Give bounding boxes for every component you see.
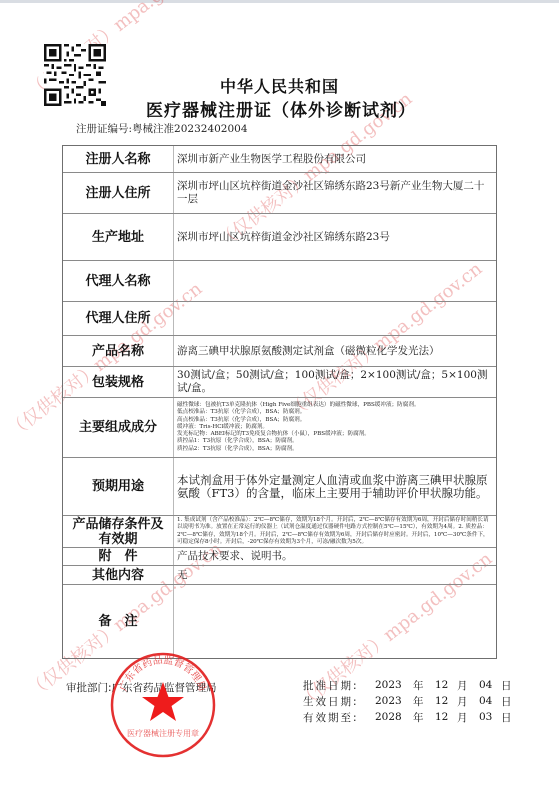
field-label: 包装规格 (63, 367, 174, 397)
field-value (174, 302, 496, 335)
table-row-storage-validity: 产品储存条件及 有效期 1. 集成试剂（含产品校准品）：2℃—8℃储存，效期为1… (63, 516, 496, 548)
date-day-unit: 日 (501, 678, 523, 693)
field-value: 1. 集成试剂（含产品校准品）：2℃—8℃储存，效期为18个月。开封后，2℃—8… (174, 516, 496, 547)
field-label: 主要组成成分 (63, 398, 174, 457)
component-line: 质控品1：T3抗原（化学合成），BSA；防腐剂。 (177, 438, 420, 445)
date-year-unit: 年 (413, 694, 435, 709)
table-row-product-name: 产品名称 游离三碘甲状腺原氨酸测定试剂盒（磁微粒化学发光法） (63, 336, 496, 367)
date-day: 04 (479, 695, 501, 707)
table-row-other-content: 其他内容 无 (63, 566, 496, 585)
field-value: 深圳市坪山区坑梓街道金沙社区锦绣东路23号 (174, 214, 496, 260)
date-day: 03 (479, 711, 501, 723)
table-row-production-address: 生产地址 深圳市坪山区坑梓街道金沙社区锦绣东路23号 (63, 214, 496, 261)
table-row-main-components: 主要组成成分 磁性微球：包被抗T3单克隆抗体（High Five细胞重组表达）的… (63, 398, 496, 458)
date-label: 批准日期: (303, 678, 375, 693)
date-year: 2028 (375, 711, 413, 723)
table-row-intended-use: 预期用途 本试剂盒用于体外定量测定人血清或血浆中游离三碘甲状腺原氨酸（FT3）的… (63, 458, 496, 516)
field-value: 无 (174, 566, 496, 584)
field-value: 深圳市坪山区坑梓街道金沙社区锦绣东路23号新产业生物大厦二十一层 (174, 173, 496, 213)
registration-number: 注册证编号:粤械注准20232402004 (76, 121, 248, 136)
field-label: 附 件 (63, 548, 174, 565)
field-value: 本试剂盒用于体外定量测定人血清或血浆中游离三碘甲状腺原氨酸（FT3）的含量，临床… (174, 458, 496, 515)
field-value (174, 585, 496, 658)
date-month: 12 (435, 695, 457, 707)
field-label: 备 注 (63, 585, 174, 658)
table-row-agent-address: 代理人住所 (63, 302, 496, 336)
field-value: 30测试/盒；50测试/盒；100测试/盒；2×100测试/盒；5×100测试/… (174, 367, 496, 397)
registration-number-label: 注册证编号: (76, 123, 132, 135)
date-day-unit: 日 (501, 710, 523, 725)
date-year-unit: 年 (413, 710, 435, 725)
seal-bottom-text: 医疗器械注册专用章 (127, 728, 199, 738)
field-value: 游离三碘甲状腺原氨酸测定试剂盒（磁微粒化学发光法） (174, 336, 496, 366)
effective-date: 生效日期: 2023 年 12 月 04 日 (303, 693, 523, 709)
field-value: 深圳市新产业生物医学工程股份有限公司 (174, 146, 496, 172)
expiry-date: 有效期至: 2028 年 12 月 03 日 (303, 709, 523, 725)
field-value: 产品技术要求、说明书。 (174, 548, 496, 565)
field-label: 注册人名称 (63, 146, 174, 172)
date-month-unit: 月 (457, 678, 479, 693)
approval-department: 审批部门:广东省药品监督管理局 (66, 680, 217, 695)
approval-date: 批准日期: 2023 年 12 月 04 日 (303, 677, 523, 693)
document-title: 医疗器械注册证（体外诊断试剂） (146, 96, 416, 121)
field-label: 代理人名称 (63, 261, 174, 301)
field-label: 生产地址 (63, 214, 174, 260)
date-year: 2023 (375, 679, 413, 691)
date-label: 有效期至: (303, 710, 375, 725)
date-label: 生效日期: (303, 694, 375, 709)
component-line: 质控品2：T3抗原（化学合成），BSA；防腐剂。 (177, 446, 420, 453)
table-row-registrant-address: 注册人住所 深圳市坪山区坑梓街道金沙社区锦绣东路23号新产业生物大厦二十一层 (63, 173, 496, 214)
field-label: 代理人住所 (63, 302, 174, 335)
date-month-unit: 月 (457, 694, 479, 709)
table-row-agent-name: 代理人名称 (63, 261, 496, 302)
date-month-unit: 月 (457, 710, 479, 725)
field-label: 产品储存条件及 有效期 (63, 516, 174, 547)
table-row-attachments: 附 件 产品技术要求、说明书。 (63, 548, 496, 566)
date-year-unit: 年 (413, 678, 435, 693)
field-value: 磁性微球：包被抗T3单克隆抗体（High Five细胞重组表达）的磁性微球，PB… (174, 398, 496, 457)
date-month: 12 (435, 679, 457, 691)
field-label: 注册人住所 (63, 173, 174, 213)
dates-block: 批准日期: 2023 年 12 月 04 日 生效日期: 2023 年 12 月… (303, 677, 523, 725)
component-line: 低点校准品：T3抗原（化学合成），BSA；防腐剂。 (177, 409, 420, 416)
date-day: 04 (479, 679, 501, 691)
field-label: 预期用途 (63, 458, 174, 515)
field-label-line: 有效期 (72, 532, 163, 547)
field-label-line: 产品储存条件及 (72, 517, 163, 532)
table-row-remarks: 备 注 (63, 585, 496, 658)
table-row-package-spec: 包装规格 30测试/盒；50测试/盒；100测试/盒；2×100测试/盒；5×1… (63, 367, 496, 398)
field-value (174, 261, 496, 301)
date-month: 12 (435, 711, 457, 723)
field-label: 产品名称 (63, 336, 174, 366)
registration-number-value: 粤械注准20232402004 (132, 123, 248, 135)
certificate-table: 注册人名称 深圳市新产业生物医学工程股份有限公司 注册人住所 深圳市坪山区坑梓街… (62, 145, 497, 659)
document-title-country: 中华人民共和国 (0, 74, 559, 97)
official-seal-icon: 广东省药品监督管理局 医疗器械注册专用章 (108, 650, 218, 760)
date-year: 2023 (375, 695, 413, 707)
table-row-registrant-name: 注册人名称 深圳市新产业生物医学工程股份有限公司 (63, 146, 496, 173)
date-day-unit: 日 (501, 694, 523, 709)
components-list: 磁性微球：包被抗T3单克隆抗体（High Five细胞重组表达）的磁性微球，PB… (177, 402, 420, 453)
component-line: 高点校准品：T3抗原（化学合成），BSA；防腐剂。 (177, 417, 420, 424)
field-label: 其他内容 (63, 566, 174, 584)
top-border (0, 0, 559, 3)
